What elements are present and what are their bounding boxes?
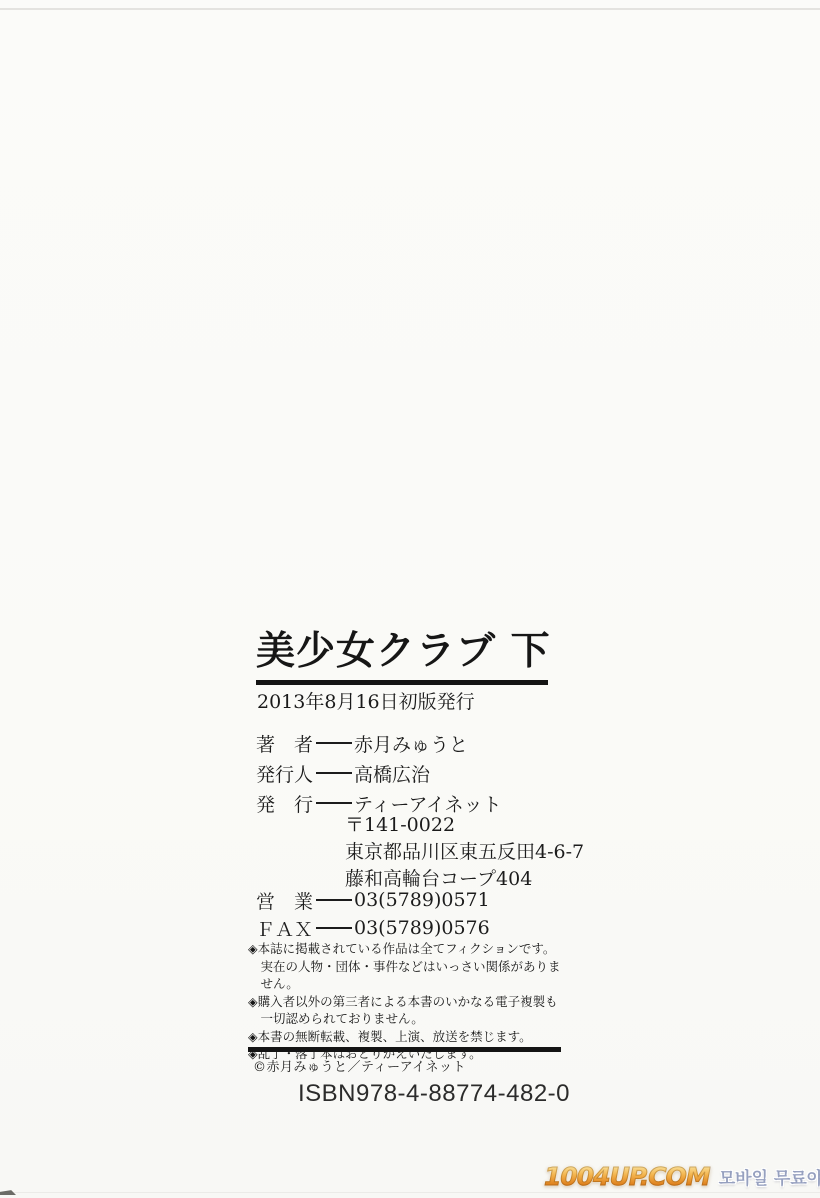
isbn: ISBN978-4-88774-482-0	[298, 1080, 570, 1108]
contacts-block: 営 業 03(5789)0571 ＦＡＸ 03(5789)0576	[256, 886, 490, 942]
credit-label: 著 者	[256, 730, 316, 757]
title-underline-rule	[256, 680, 548, 685]
notice-item: ◈本書の無断転載、複製、上演、放送を禁じます。	[248, 1028, 564, 1046]
legal-notices-block: ◈本誌に掲載されている作品は全てフィクションです。実在の人物・団体・事件などはい…	[248, 940, 564, 1063]
publisher-address-block: 〒141-0022 東京都品川区東五反田4-6-7 藤和高輪台コープ404	[345, 812, 584, 893]
watermark-site-logo: 1004UP.COM	[544, 1162, 710, 1191]
scan-edge-line-top	[0, 8, 820, 10]
contact-value: 03(5789)0576	[354, 917, 490, 939]
contact-label: 営 業	[256, 887, 316, 914]
bottom-divider-rule	[248, 1047, 561, 1052]
colophon-page: 美少女クラブ 下 2013年8月16日初版発行 著 者 赤月みゅうと 発行人 高…	[0, 0, 820, 1198]
watermark: 1004UP.COM 모바일 무료야동 천사티비	[544, 1162, 820, 1191]
address-line-1: 東京都品川区東五反田4-6-7	[345, 839, 584, 866]
postal-code: 〒141-0022	[345, 812, 584, 839]
contact-row-fax: ＦＡＸ 03(5789)0576	[256, 914, 490, 942]
credit-label: 発行人	[256, 760, 316, 787]
notice-item: ◈購入者以外の第三者による本書のいかなる電子複製も一切認められておりません。	[248, 993, 564, 1028]
notice-item: ◈本誌に掲載されている作品は全てフィクションです。実在の人物・団体・事件などはい…	[248, 940, 564, 993]
contact-value: 03(5789)0571	[354, 889, 490, 911]
contact-label: ＦＡＸ	[256, 915, 316, 942]
leader-dash	[316, 802, 352, 804]
credit-row-publisher-person: 発行人 高橋広治	[256, 758, 502, 788]
watermark-tagline: 모바일 무료야동 천사티비	[719, 1164, 820, 1189]
leader-dash	[316, 772, 352, 774]
credit-value: 赤月みゅうと	[354, 730, 468, 757]
leader-dash	[316, 742, 352, 744]
edition-date: 2013年8月16日初版発行	[257, 687, 475, 714]
credits-block: 著 者 赤月みゅうと 発行人 高橋広治 発 行 ティーアイネット	[256, 728, 502, 818]
book-title: 美少女クラブ 下	[256, 620, 551, 676]
credit-row-author: 著 者 赤月みゅうと	[256, 728, 502, 758]
leader-dash	[316, 899, 352, 901]
copyright-line: ©赤月みゅうと／ティーアイネット	[253, 1056, 466, 1075]
credit-label: 発 行	[256, 790, 316, 817]
scan-edge-line-bottom	[0, 1192, 820, 1193]
leader-dash	[316, 927, 352, 929]
contact-row-sales: 営 業 03(5789)0571	[256, 886, 490, 914]
credit-value: 高橋広治	[354, 760, 430, 787]
